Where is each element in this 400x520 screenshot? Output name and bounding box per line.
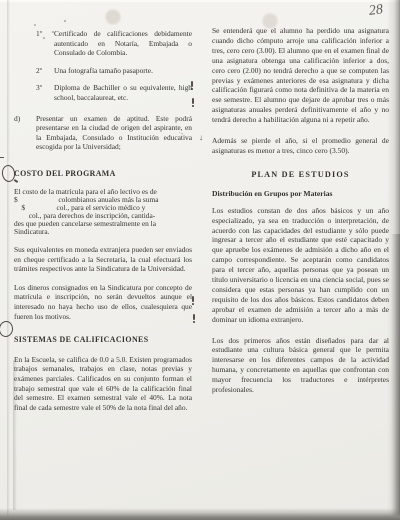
page-bottom-edge: [0, 508, 400, 520]
requirement-item-d: d) Presentar un examen de aptitud. Este …: [14, 114, 192, 152]
item-text: Presentar un examen de aptitud. Este pod…: [36, 114, 192, 152]
costo-line: Sindicatura.: [14, 228, 192, 236]
page-top-edge: [0, 0, 400, 2]
perdida-asignatura-paragraph: Se entenderá que el alumno ha perdido un…: [212, 26, 389, 125]
costo-paragraph-with-blanks: El costo de la matrícula para el año lec…: [14, 188, 192, 237]
binding-crease: [7, 0, 10, 520]
pencil-dash-mark: [0, 157, 4, 158]
pencil-down-arrow-mark: ↓: [199, 133, 203, 142]
section-heading-plan-de-estudios: PLAN DE ESTUDIOS: [212, 170, 389, 180]
page-right-edge-shadow: [391, 234, 400, 520]
pencil-speck: [34, 24, 36, 26]
requirement-item-3: 3º Diploma de Bachiller o su equivalente…: [14, 83, 192, 102]
pencil-tick-mark: [193, 314, 195, 320]
pencil-speck: [64, 20, 66, 22]
pencil-tick-mark: [192, 296, 194, 302]
costo-paragraph-2: Sus equivalentes en moneda extranjera pu…: [14, 245, 192, 274]
plan-estudios-paragraph-2: Los dos primeros años están diseñados pa…: [212, 336, 389, 395]
costo-paragraph-3: Los dineros consignados en la Sindicatur…: [14, 283, 192, 321]
requirement-item-2: 2º Una fotografía tamaño pasaporte.: [14, 66, 192, 76]
pencil-circle-mark-calificaciones: [0, 320, 14, 337]
section-heading-costo: COSTO DEL PROGRAMA: [14, 169, 192, 179]
left-column: 1º Certificado de calificaciones debidam…: [14, 29, 192, 421]
scanned-document-page: 28 ·, ↓ 1º Certificado de calificaciones…: [0, 0, 400, 520]
calificaciones-paragraph: En la Escuela, se califica de 0.0 a 5.0.…: [14, 355, 192, 413]
item-number: 2º: [36, 66, 54, 76]
plan-estudios-paragraph-1: Los estudios constan de dos años básicos…: [212, 206, 389, 325]
handwritten-page-number: 28: [368, 2, 384, 20]
item-text: Una fotografía tamaño pasaporte.: [54, 66, 192, 76]
item-number: 3º: [36, 83, 54, 102]
item-text: Diploma de Bachiller o su equivalente, h…: [54, 83, 192, 102]
item-number: 1º: [36, 29, 54, 58]
section-heading-calificaciones: SISTEMAS DE CALIFICACIONES: [14, 335, 192, 345]
pencil-tick-mark: [192, 98, 194, 104]
item-text: Certificado de calificaciones debidament…: [54, 29, 192, 58]
item-letter: d): [14, 114, 36, 152]
subheading-distribucion: Distribución en Grupos por Materias: [212, 189, 389, 199]
requirement-item-1: 1º Certificado de calificaciones debidam…: [14, 29, 192, 58]
right-column: Se entenderá que el alumno ha perdido un…: [212, 26, 389, 404]
promedio-paragraph: Además se pierde el año, si el promedio …: [212, 136, 389, 156]
